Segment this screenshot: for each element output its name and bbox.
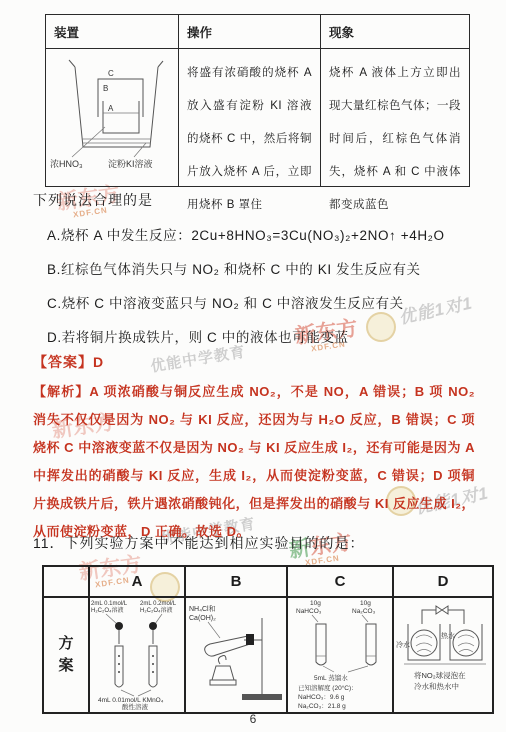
scheme-c-label-left-line1: 10g xyxy=(310,600,321,607)
scheme-d-caption-line2: 冷水和热水中 xyxy=(414,681,459,691)
question-stem: 下列说法合理的是 xyxy=(33,190,153,210)
scheme-c-caption-nahco3: NaHCO₃：9.6 g xyxy=(298,694,345,701)
scheme-a-label-right-line1: 2mL 0.2mol/L xyxy=(140,601,177,607)
question11-stem: 11．下列实验方案中不能达到相应实验目的的是： xyxy=(33,533,365,553)
watermark-youneng-1v1: 优能1对1 xyxy=(396,288,474,328)
scheme-c-label-right-line2: Na₂CO₃ xyxy=(352,608,376,615)
experiment-table-header-apparatus: 装置 xyxy=(46,15,179,49)
operation-text: 将盛有浓硝酸的烧杯 A 放入盛有淀粉 KI 溶液的烧杯 C 中，然后将铜片放入烧… xyxy=(179,49,321,186)
scheme-a-label-left-line1: 2mL 0.1mol/L xyxy=(91,601,128,607)
option-b: B.红棕色气体消失只与 NO₂ 和烧杯 C 中的 KI 发生反应有关 xyxy=(47,258,421,278)
scheme-c-caption-solubility: 已知溶解度 (20°C)： xyxy=(298,683,358,692)
scheme-row-label-cell: 方案 xyxy=(44,598,90,712)
answer-line: 【答案】D xyxy=(33,352,104,372)
beaker-c-label: C xyxy=(108,69,114,78)
option-d: D.若将铜片换成铁片，则 C 中的液体也可能变蓝 xyxy=(47,326,349,346)
scheme-column-a-header: A xyxy=(90,567,186,598)
scheme-c-caption-water: 5mL 蒸馏水 xyxy=(314,673,348,682)
scheme-table: A B C D 方案 2mL 0.1mol/L H₂C₂O₄溶液 2mL 0.2… xyxy=(42,565,494,714)
analysis-text: 【解析】A 项浓硝酸与铜反应生成 NO₂，不是 NO，A 错误；B 项 NO₂ … xyxy=(33,378,475,546)
apparatus-diagram-icon: C B A 浓HNO₃ 淀粉KI溶液 xyxy=(48,51,176,181)
scheme-b-label-line2: Ca(OH)₂ xyxy=(189,615,216,622)
scheme-c-caption-na2co3: Na₂CO₃：21.8 g xyxy=(298,703,346,710)
scheme-c-label-left-line2: NaHCO₃ xyxy=(296,608,322,615)
phenomenon-text: 烧杯 A 液体上方立即出现大量红棕色气体；一段时间后，红棕色气体消失，烧杯 A … xyxy=(321,49,469,186)
scheme-a-label-left-line2: H₂C₂O₄溶液 xyxy=(91,606,123,614)
scheme-a-cell: 2mL 0.1mol/L H₂C₂O₄溶液 2mL 0.2mol/L H₂C₂O… xyxy=(90,598,186,712)
watermark-seal-icon xyxy=(366,312,396,342)
scheme-c-cell: 10g NaHCO₃ 10g Na₂CO₃ 5mL 蒸馏水 已知溶解度 (20°… xyxy=(288,598,394,712)
option-a: A.烧杯 A 中发生反应：2Cu+8HNO₃=3Cu(NO₃)₂+2NO↑ +4… xyxy=(47,224,445,244)
scheme-column-b-header: B xyxy=(186,567,288,598)
scheme-c-diagram-icon: 10g NaHCO₃ 10g Na₂CO₃ 5mL 蒸馏水 已知溶解度 (20°… xyxy=(288,598,392,710)
apparatus-cell: C B A 浓HNO₃ 淀粉KI溶液 xyxy=(46,49,179,186)
experiment-table-header-phenomenon: 现象 xyxy=(321,15,469,49)
scheme-column-c-header: C xyxy=(288,567,394,598)
experiment-table-header-operation: 操作 xyxy=(179,15,321,49)
scheme-c-label-right-line1: 10g xyxy=(360,600,371,607)
scheme-a-caption-line1: 4mL 0.01mol/L KMnO₄ xyxy=(98,697,164,704)
page-number: 6 xyxy=(0,712,506,726)
scheme-b-label-line1: NH₄Cl和 xyxy=(189,604,216,613)
scheme-b-cell: NH₄Cl和 Ca(OH)₂ xyxy=(186,598,288,712)
scheme-d-caption-line1: 将NO₂球浸泡在 xyxy=(414,670,466,680)
scheme-d-diagram-icon: 冷水 热水 将NO₂球浸泡在 冷水和热水中 xyxy=(396,598,490,710)
scheme-row-label: 方案 xyxy=(57,633,75,677)
beaker-a-label: A xyxy=(108,104,114,113)
experiment-table: 装置 操作 现象 C B A xyxy=(45,14,470,187)
option-c: C.烧杯 C 中溶液变蓝只与 NO₂ 和 C 中溶液发生反应有关 xyxy=(47,292,404,312)
scheme-d-label-cold: 冷水 xyxy=(396,640,410,649)
apparatus-label-hno3: 浓HNO₃ xyxy=(50,158,83,169)
scheme-a-label-right-line2: H₂C₂O₄溶液 xyxy=(140,606,172,614)
exam-page: 新东方 XDF.CN 优能中学教育 优能1对1 新东方 XDF.CN 新东方 优… xyxy=(0,0,506,732)
scheme-table-corner-cell xyxy=(44,567,90,598)
scheme-d-label-hot: 热水 xyxy=(441,631,455,640)
apparatus-label-ki: 淀粉KI溶液 xyxy=(108,158,153,169)
beaker-b-label: B xyxy=(103,84,108,93)
scheme-b-diagram-icon: NH₄Cl和 Ca(OH)₂ xyxy=(186,598,286,710)
scheme-a-diagram-icon: 2mL 0.1mol/L H₂C₂O₄溶液 2mL 0.2mol/L H₂C₂O… xyxy=(90,598,184,710)
scheme-d-cell: 冷水 热水 将NO₂球浸泡在 冷水和热水中 xyxy=(394,598,492,712)
scheme-column-d-header: D xyxy=(394,567,492,598)
scheme-a-caption-line2: 酸性溶液 xyxy=(122,702,149,710)
